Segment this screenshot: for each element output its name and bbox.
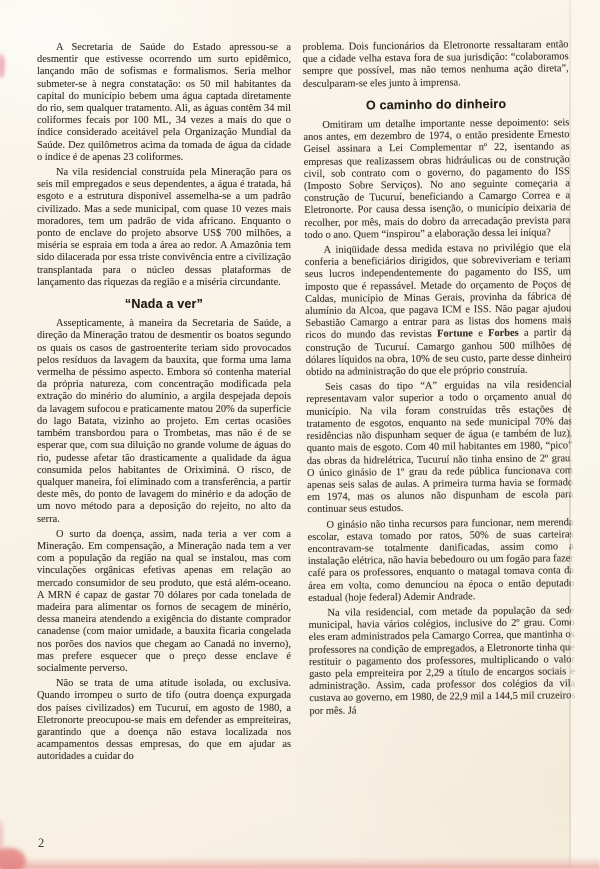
paragraph-segment: e [473,329,488,340]
paragraph-residential-village: Na vila residencial construída pela Mine… [37,167,291,289]
paragraph-segment: A iniqüidade dessa medida estava no priv… [305,242,572,341]
paragraph-lei-complementar: Omitiram um detalhe importante nesse dep… [303,117,570,242]
magazine-name-fortune: Fortune [437,329,473,340]
scan-artifact-pink-left-smudge-lower [0,820,3,860]
left-column: A Secretaria de Saúde do Estado apressou… [37,42,291,767]
scan-artifact-pink-bottom-strip [0,857,600,869]
scan-artifact-pink-bottom-corner [0,848,26,869]
paragraph-eletronorte-excuse: problema. Dois funcionários da Eletronor… [302,39,568,91]
paragraph-vila-colegios: Na vila residencial, com metade da popul… [308,605,575,718]
section-heading-nada-a-ver: “Nada a ver” [37,298,291,310]
paragraph-ginasio: O ginásio não tinha recursos para funcio… [307,517,574,605]
magazine-name-forbes: Forbes [488,328,519,339]
right-column: problema. Dois funcionários da Eletronor… [302,39,575,721]
paragraph-typhoid-tucurui: Não se trata de uma atitude isolada, ou … [37,678,291,763]
paragraph-casas-tipo-a: Seis casas do tipo “A” erguidas na vila … [306,379,573,516]
paragraph-health-secretary: A Secretaria de Saúde do Estado apressou… [37,42,291,164]
paragraph-outbreak-mrn: O surto da doença, assim, nada teria a v… [37,529,291,675]
paragraph-mining-denial: Assepticamente, à maneira da Secretaria … [37,318,291,525]
page-number: 2 [38,836,44,851]
section-heading-caminho-do-dinheiro: O caminho do dinheiro [303,97,569,112]
paragraph-iniquidade-camargo: A iniqüidade dessa medida estava no priv… [305,242,572,379]
paper-fold-light-band [571,0,600,869]
scanned-magazine-page: A Secretaria de Saúde do Estado apressou… [0,0,600,869]
scan-artifact-pink-left-smudge [0,54,5,78]
